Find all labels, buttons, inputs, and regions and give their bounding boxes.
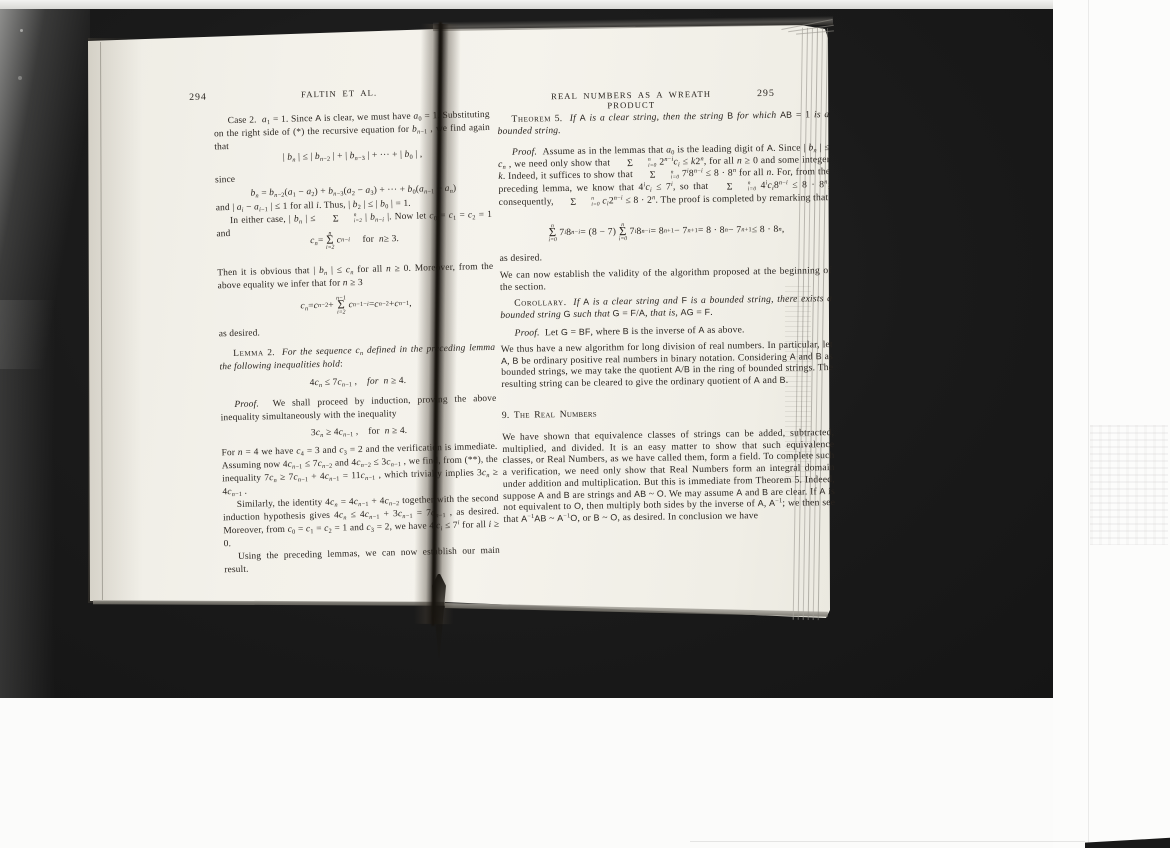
equation-7-8-sum: nΣi=0 7i8n−i = (8 − 7) nΣi=0 7i8n−i = 8n… [499, 215, 831, 248]
paragraph-for-n4: For n = 4 we have c4 = 3 and c3 = 2 and … [221, 441, 498, 499]
scan-top-edge [0, 0, 1170, 9]
paragraph-we-have-shown: We have shown that equivalence classes o… [502, 427, 835, 526]
corollary: Corollary. If A is a clear string and F … [500, 293, 832, 321]
paragraph-similarly: Similarly, the identity 4cn = 4cn−1 + 4c… [223, 493, 500, 551]
scanned-book-photo: { "colors": { "scanner_background": "#1a… [0, 0, 1170, 848]
left-page-bottom-edge [93, 600, 445, 606]
scan-bottom-margin [0, 698, 1053, 848]
right-running-head: REAL NUMBERS AS A WREATH PRODUCT [525, 88, 737, 111]
paragraph-we-can-now: We can now establish the validity of the… [500, 265, 832, 293]
scan-bottom-line [690, 841, 1085, 842]
paragraph-we-thus-have: We thus have a new algorithm for long di… [501, 339, 834, 391]
scan-right-margin [1053, 0, 1170, 848]
scan-right-margin-line [1088, 0, 1089, 848]
dust-speck [20, 29, 23, 32]
dust-speck [18, 76, 22, 80]
open-book: 294 FALTIN ET AL. Case 2. a1 = 1. Since … [55, 18, 845, 663]
left-page-edge-shade [88, 38, 208, 603]
paragraph-proof-theorem5: Proof. Assume as in the lemmas that a0 i… [498, 142, 831, 209]
scan-right-texture [1090, 425, 1168, 545]
right-page-number: 295 [757, 88, 775, 99]
left-light-gradient-lower [0, 300, 55, 698]
theorem-5: Theorem 5. If A is a clear string, then … [497, 109, 829, 137]
